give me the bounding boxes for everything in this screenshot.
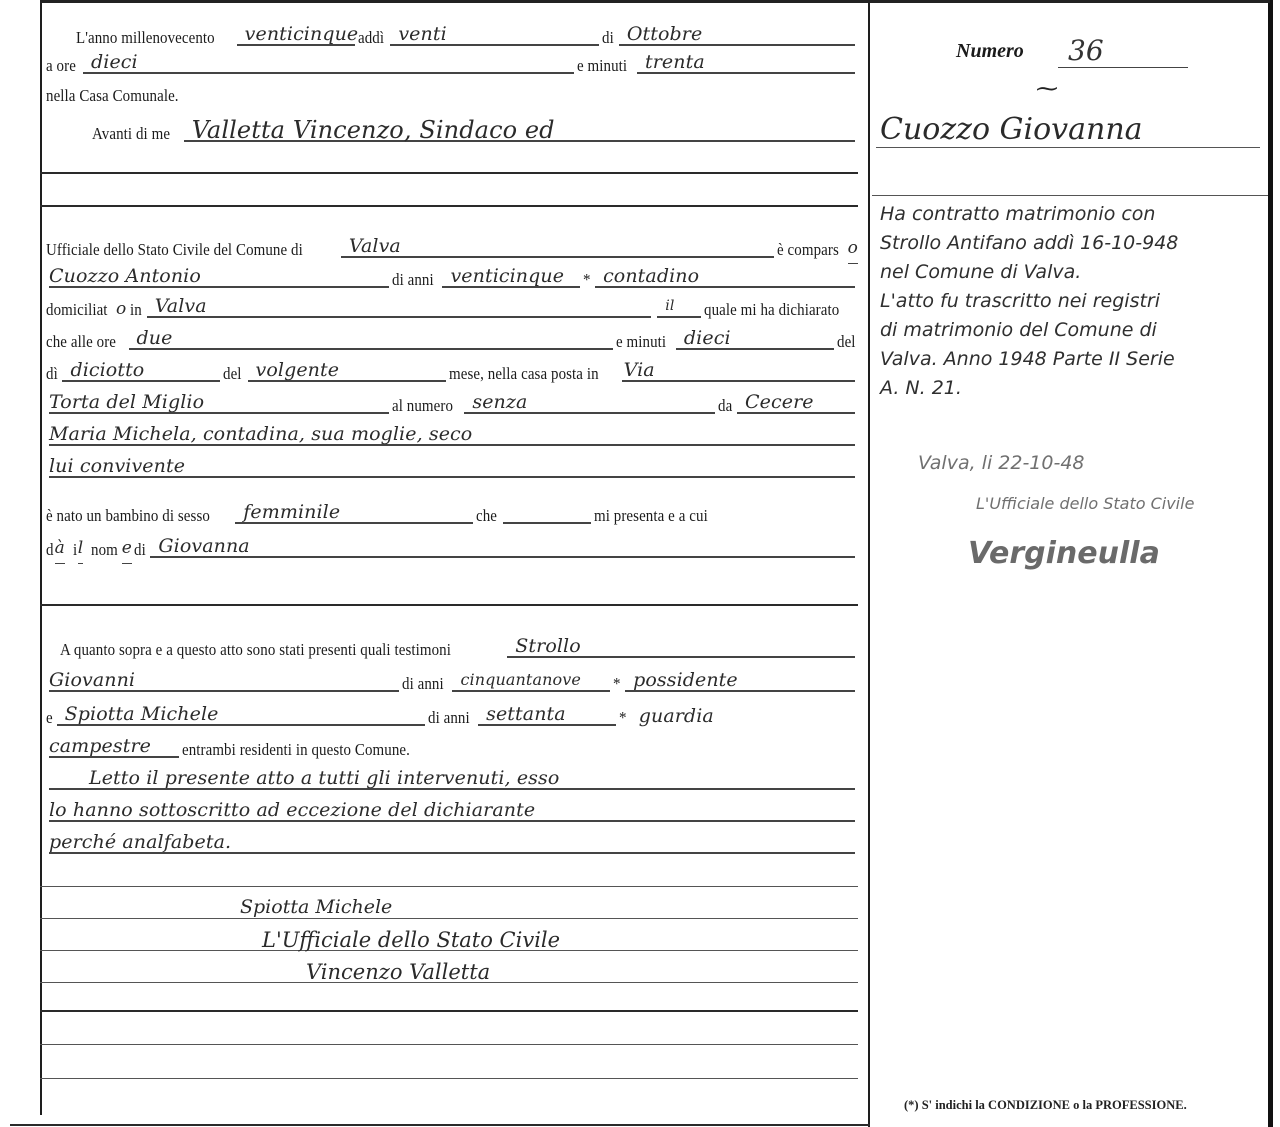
row-giorno: dì diciotto del volgente mese, nella cas… bbox=[46, 358, 858, 388]
row-ufficiale: Ufficiale dello Stato Civile del Comune … bbox=[46, 234, 858, 264]
field-mese: volgente bbox=[248, 360, 446, 382]
row-madre-cont: lui convivente bbox=[46, 454, 858, 484]
field-letto-3: perché analfabeta. bbox=[49, 832, 855, 854]
field-il: il bbox=[657, 296, 701, 318]
label-nome: nom bbox=[91, 540, 118, 564]
label-ore: a ore bbox=[46, 56, 76, 80]
label-minuti: e minuti bbox=[616, 332, 666, 356]
ornament-tilde: ⁓ bbox=[1036, 76, 1058, 102]
label-del2: del bbox=[223, 364, 242, 388]
field-mese: Ottobre bbox=[619, 24, 855, 46]
label-comparso: è compars bbox=[777, 240, 839, 264]
asterisk: * bbox=[619, 708, 627, 732]
row-alle-ore: che alle ore due e minuti dieci del bbox=[46, 326, 858, 356]
field-comune: Valva bbox=[341, 236, 774, 258]
label-anni2: di anni bbox=[428, 708, 470, 732]
label-da: da bbox=[718, 396, 732, 420]
field-ore: dieci bbox=[83, 52, 574, 74]
right-border bbox=[1268, 0, 1273, 1127]
row-nato: è nato un bambino di sesso femminile che… bbox=[46, 500, 858, 530]
row-anno: L'anno millenovecento venticinque addì v… bbox=[46, 22, 858, 52]
annotation-line: nel Comune di Valva. bbox=[880, 258, 1260, 287]
label-da2: d bbox=[46, 540, 54, 564]
row-avanti: Avanti di me Valletta Vincenzo, Sindaco … bbox=[46, 118, 858, 148]
row-letto-2: lo hanno sottoscritto ad eccezione del d… bbox=[46, 798, 858, 828]
label-quale: quale mi ha dichiarato bbox=[704, 300, 839, 324]
field-prof2-a: guardia bbox=[631, 706, 855, 726]
marriage-annotation: Ha contratto matrimonio con Strollo Anti… bbox=[880, 200, 1260, 403]
row-domicilio: domiciliat o in Valva il quale mi ha dic… bbox=[46, 294, 858, 324]
row-residenti: campestre entrambi residenti in questo C… bbox=[46, 734, 858, 764]
row-letto-3: perché analfabeta. bbox=[46, 830, 858, 860]
annotation-signature: Vergineulla bbox=[968, 536, 1160, 571]
divider bbox=[40, 172, 858, 174]
field-testimone1-b: Giovanni bbox=[49, 670, 399, 692]
row-testimone1: Giovanni di anni cinquantanove * posside… bbox=[46, 668, 858, 698]
label-alle-ore: che alle ore bbox=[46, 332, 116, 356]
row-ore: a ore dieci e minuti trenta bbox=[46, 50, 858, 80]
asterisk: * bbox=[583, 270, 591, 294]
signature-officer-title: L'Ufficiale dello Stato Civile bbox=[262, 928, 560, 952]
label-anni: di anni bbox=[392, 270, 434, 294]
annotation-line: A. N. 21. bbox=[880, 374, 1260, 403]
row-testimoni: A quanto sopra e a questo atto sono stat… bbox=[46, 634, 858, 664]
field-minuti: dieci bbox=[676, 328, 834, 350]
label-numero: al numero bbox=[392, 396, 453, 420]
field-minuti: trenta bbox=[637, 52, 855, 74]
annotation-line: L'atto fu trascritto nei registri bbox=[880, 287, 1260, 316]
signature-witness: Spiotta Michele bbox=[240, 896, 392, 918]
field-nome: Giovanna bbox=[150, 536, 855, 558]
field-sesso: femminile bbox=[235, 502, 473, 524]
field-numero: senza bbox=[464, 392, 714, 414]
numero-value: 36 bbox=[1058, 34, 1188, 68]
field-che bbox=[503, 502, 591, 524]
row-testimone2: e Spiotta Michele di anni settanta * gua… bbox=[46, 702, 858, 732]
field-giorno: diciotto bbox=[62, 360, 220, 382]
annotation-line: Valva. Anno 1948 Parte II Serie bbox=[880, 345, 1260, 374]
field-anni2: settanta bbox=[478, 704, 616, 726]
label-avanti: Avanti di me bbox=[92, 124, 170, 148]
numero-label: Numero bbox=[956, 40, 1024, 63]
footnote: (*) S' indichi la CONDIZIONE o la PROFES… bbox=[904, 1098, 1187, 1113]
divider bbox=[40, 604, 858, 606]
label-del: del bbox=[837, 332, 856, 356]
field-via-2: Torta del Miglio bbox=[49, 392, 389, 414]
label-ufficiale: Ufficiale dello Stato Civile del Comune … bbox=[46, 240, 303, 264]
label-domiciliato: domiciliat bbox=[46, 300, 108, 324]
label-e: e bbox=[46, 708, 53, 732]
field-alle-ore: due bbox=[129, 328, 613, 350]
field-letto-1: Letto il presente atto a tutti gli inter… bbox=[49, 768, 855, 790]
label-nato: è nato un bambino di sesso bbox=[46, 506, 210, 530]
row-dichiarante: Cuozzo Antonio di anni venticinque * con… bbox=[46, 264, 858, 294]
field-madre-3: lui convivente bbox=[49, 456, 855, 478]
row-nome: d à i l nom e di Giovanna bbox=[46, 534, 858, 564]
birth-record-page: L'anno millenovecento venticinque addì v… bbox=[0, 0, 1280, 1127]
bottom-rule bbox=[10, 1124, 870, 1126]
label-addi: addì bbox=[358, 28, 384, 52]
annotation-line: Strollo Antifano addì 16-10-948 bbox=[880, 229, 1260, 258]
column-divider bbox=[868, 0, 870, 1127]
annotation-line: Ha contratto matrimonio con bbox=[880, 200, 1260, 229]
top-border bbox=[40, 0, 1270, 3]
field-domiciliato-suffix: o bbox=[116, 299, 126, 324]
left-border bbox=[40, 0, 42, 1115]
row-letto-1: Letto il presente atto a tutti gli inter… bbox=[46, 766, 858, 796]
field-comparso-suffix: o bbox=[848, 238, 858, 264]
field-da2-suffix: à bbox=[55, 538, 65, 564]
divider bbox=[40, 205, 858, 207]
field-prof2-b: campestre bbox=[49, 736, 179, 758]
field-anno: venticinque bbox=[237, 24, 355, 46]
row-luogo: nella Casa Comunale. bbox=[46, 80, 858, 110]
field-madre-2: Maria Michela, contadina, sua moglie, se… bbox=[49, 424, 855, 446]
label-il2: i bbox=[73, 540, 77, 564]
field-anni: venticinque bbox=[442, 266, 580, 288]
field-anni1: cinquantanove bbox=[452, 670, 610, 692]
field-testimone1-a: Strollo bbox=[507, 636, 855, 658]
label-casa-posta: mese, nella casa posta in bbox=[449, 364, 599, 388]
rule-line bbox=[40, 1044, 858, 1045]
field-prof1: possidente bbox=[625, 670, 855, 692]
label-che: che bbox=[476, 506, 497, 530]
field-professione: contadino bbox=[595, 266, 855, 288]
label-testimoni: A quanto sopra e a questo atto sono stat… bbox=[60, 640, 451, 664]
label-di: dì bbox=[46, 364, 58, 388]
annotation-line: di matrimonio del Comune di bbox=[880, 316, 1260, 345]
label-anno: L'anno millenovecento bbox=[76, 28, 215, 52]
label-casa-comunale: nella Casa Comunale. bbox=[46, 86, 179, 110]
label-presenta: mi presenta e a cui bbox=[594, 506, 708, 530]
divider bbox=[872, 195, 1268, 196]
field-madre-1: Cecere bbox=[737, 392, 855, 414]
label-anni1: di anni bbox=[402, 674, 444, 698]
row-madre: Maria Michela, contadina, sua moglie, se… bbox=[46, 422, 858, 452]
field-il2-suffix: l bbox=[78, 538, 84, 564]
label-di-nome: di bbox=[134, 540, 146, 564]
registrant-name: Cuozzo Giovanna bbox=[876, 112, 1260, 148]
annotation-officer: L'Ufficiale dello Stato Civile bbox=[976, 494, 1194, 513]
label-mese: di bbox=[602, 28, 614, 52]
rule-line bbox=[40, 1010, 858, 1012]
field-domicilio: Valva bbox=[147, 296, 652, 318]
rule-line bbox=[40, 918, 858, 919]
annotation-date: Valva, li 22-10-48 bbox=[918, 452, 1085, 474]
field-addi: venti bbox=[390, 24, 599, 46]
field-nome-suffix: e bbox=[122, 538, 132, 564]
field-testimone2: Spiotta Michele bbox=[57, 704, 425, 726]
rule-line bbox=[40, 1078, 858, 1079]
label-in: in bbox=[130, 300, 142, 324]
label-residenti: entrambi residenti in questo Comune. bbox=[182, 740, 410, 764]
field-letto-2: lo hanno sottoscritto ad eccezione del d… bbox=[49, 800, 855, 822]
asterisk: * bbox=[613, 674, 621, 698]
row-via: Torta del Miglio al numero senza da Cece… bbox=[46, 390, 858, 420]
label-minuti: e minuti bbox=[577, 56, 627, 80]
signature-officer-name: Vincenzo Valletta bbox=[306, 960, 490, 984]
field-via-1: Via bbox=[622, 360, 855, 382]
field-avanti: Valletta Vincenzo, Sindaco ed bbox=[184, 120, 855, 142]
field-dichiarante: Cuozzo Antonio bbox=[49, 266, 389, 288]
rule-line bbox=[40, 886, 858, 887]
